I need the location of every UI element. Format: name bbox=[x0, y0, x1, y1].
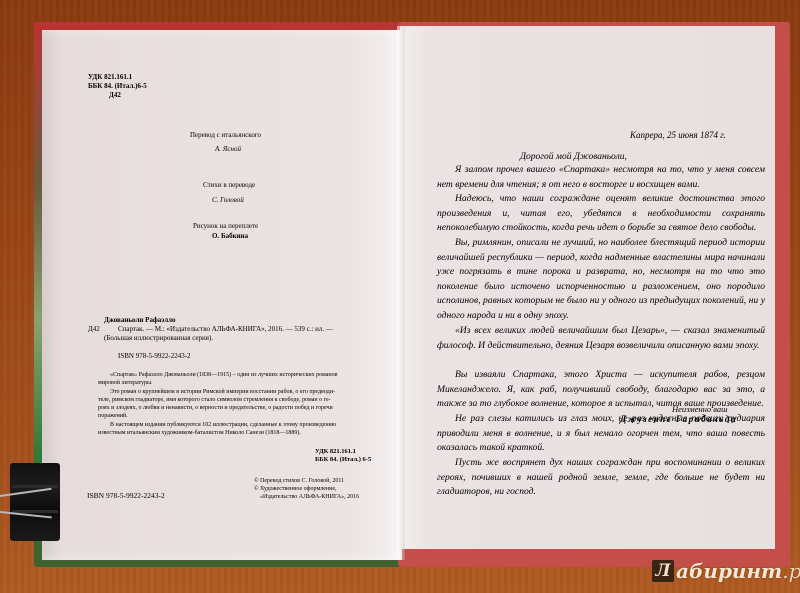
udk-code: УДК 821.161.1 bbox=[88, 73, 132, 82]
letter-paragraph: Надеюсь, что наши сограждане оценят вели… bbox=[437, 192, 765, 236]
author-heading: Джованьоли Рафаэлло bbox=[104, 316, 176, 325]
watermark-text: абиринт.ру bbox=[676, 559, 800, 583]
labirint-logo-icon: Л bbox=[652, 560, 674, 582]
watermark-domain: .ру bbox=[782, 559, 800, 583]
isbn: ISBN 978-5-9922-2243-2 bbox=[118, 352, 191, 361]
translator-name: А. Ясной bbox=[215, 145, 241, 154]
catalog-code: Д42 bbox=[88, 325, 100, 334]
annotation-line: роях и злодеях, о любви и ненависти, о в… bbox=[98, 404, 333, 413]
bibliographic-line-2: (Большая иллюстрированная серия). bbox=[104, 334, 213, 343]
annotation-line: известным итальянским художником-баталис… bbox=[98, 429, 301, 438]
cover-artist-name: О. Бабкина bbox=[212, 232, 248, 241]
verse-translator-name: С. Головой bbox=[212, 196, 244, 205]
author-mark: Д42 bbox=[109, 91, 121, 100]
cover-art-label: Рисунок на переплете bbox=[193, 222, 258, 231]
bbk-code: ББК 84. (Итал.)6-5 bbox=[88, 82, 147, 91]
bbk-code-bottom: ББК 84. (Итал.) 6-5 bbox=[315, 456, 371, 465]
book-spine-gutter bbox=[397, 26, 405, 560]
annotation-line: мировой литературы. bbox=[98, 379, 153, 388]
letter-paragraph: Я залпом прочел вашего «Спартака» несмот… bbox=[437, 163, 765, 192]
verse-translation-label: Стихи в переводе bbox=[203, 181, 255, 190]
letter-paragraph: «Из всех великих людей величайшим был Це… bbox=[437, 324, 765, 353]
left-page bbox=[42, 30, 402, 560]
letter-paragraph: Пусть же воспрянет дух наших сограждан п… bbox=[437, 456, 765, 500]
watermark-name: абиринт bbox=[676, 559, 782, 583]
labirint-watermark: Л абиринт.ру bbox=[652, 558, 800, 584]
letter-paragraph: Вы, римлянин, описали не лучший, но наиб… bbox=[437, 236, 765, 324]
copyright-line: «Издательство АЛЬФА-КНИГА», 2016 bbox=[260, 493, 359, 502]
letter-salutation: Дорогой мой Джованьоли, bbox=[520, 152, 627, 163]
isbn-bottom: ISBN 978-5-9922-2243-2 bbox=[87, 492, 165, 501]
letter-place-date: Капрера, 25 июня 1874 г. bbox=[630, 130, 726, 141]
letter-signature: Джузеппе Гарибальди bbox=[620, 414, 737, 425]
bibliographic-line-1: Спартак. — М.: «Издательство АЛЬФА-КНИГА… bbox=[118, 325, 333, 334]
annotation-line: поражений. bbox=[98, 412, 128, 421]
translation-label: Перевод с итальянского bbox=[190, 131, 261, 140]
